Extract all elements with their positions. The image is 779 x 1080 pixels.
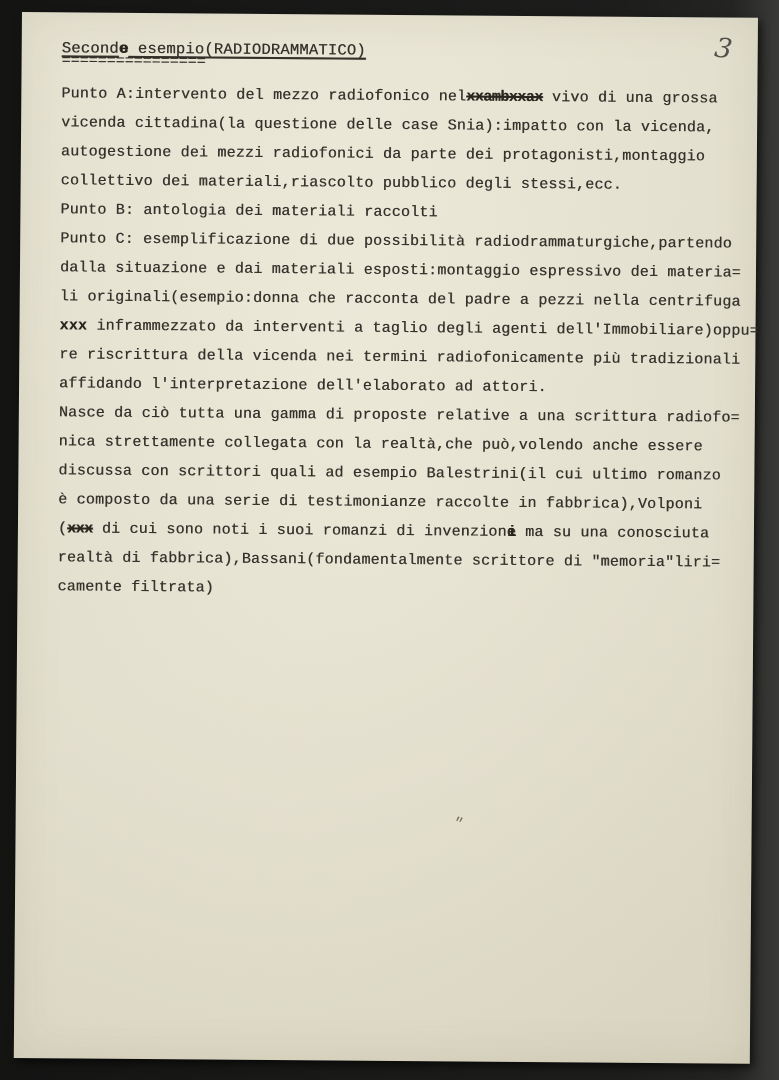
overtyped-text: xxx xyxy=(59,317,87,334)
heading-underline: ================ xyxy=(62,54,734,73)
overtyped-character: ei xyxy=(507,518,516,547)
text-segment: di cui sono noti i suoi romanzi di inven… xyxy=(93,521,507,541)
text-segment: Punto B: antologia dei materiali raccolt… xyxy=(60,201,437,221)
text-segment: re riscrittura della vicenda nei termini… xyxy=(59,346,740,368)
struck-out-text: xxambxxax xyxy=(466,88,543,106)
text-segment: è composto da una serie di testimonianze… xyxy=(58,491,702,513)
typewritten-text: Punto A:intervento del mezzo radiofonico… xyxy=(57,79,733,606)
section-heading: Secondoe esempio(RADIODRAMMATICO) ======… xyxy=(62,34,734,60)
handwritten-stray-mark: ʺ xyxy=(449,815,465,833)
text-segment: nica strettamente collegata con la realt… xyxy=(59,433,703,455)
text-segment: inframmezzato da interventi a taglio deg… xyxy=(87,318,759,340)
text-segment: realtà di fabbrica),Bassani(fondamentalm… xyxy=(58,549,721,571)
text-segment: affidando l'interpretazione dell'elabora… xyxy=(59,375,547,396)
text-segment: ( xyxy=(58,520,67,537)
scanned-page: 3 Secondoe esempio(RADIODRAMMATICO) ====… xyxy=(14,12,758,1064)
text-segment: discussa con scrittori quali ad esempio … xyxy=(58,462,721,484)
text-segment: Punto C: esemplificazione di due possibi… xyxy=(60,230,732,252)
text-segment: vivo di una grossa xyxy=(543,89,718,107)
typewritten-content: Secondoe esempio(RADIODRAMMATICO) ======… xyxy=(57,34,733,606)
text-segment: li originali(esempio:donna che racconta … xyxy=(60,288,741,310)
struck-out-text: xxx xyxy=(67,520,93,537)
text-segment: Nasce da ciò tutta una gamma di proposte… xyxy=(59,404,740,426)
text-line: camente filtrata) xyxy=(57,572,729,606)
text-segment: autogestione dei mezzi radiofonici da pa… xyxy=(61,143,705,165)
text-segment: vicenda cittadina(la questione delle cas… xyxy=(61,114,714,136)
text-segment: dalla situazione e dai materiali esposti… xyxy=(60,259,741,281)
text-segment: collettivo dei materiali,riascolto pubbl… xyxy=(61,172,622,193)
text-segment: ma su una conosciuta xyxy=(516,524,709,543)
text-segment: Punto A:intervento del mezzo radiofonico… xyxy=(61,85,466,105)
text-segment: camente filtrata) xyxy=(57,578,214,596)
